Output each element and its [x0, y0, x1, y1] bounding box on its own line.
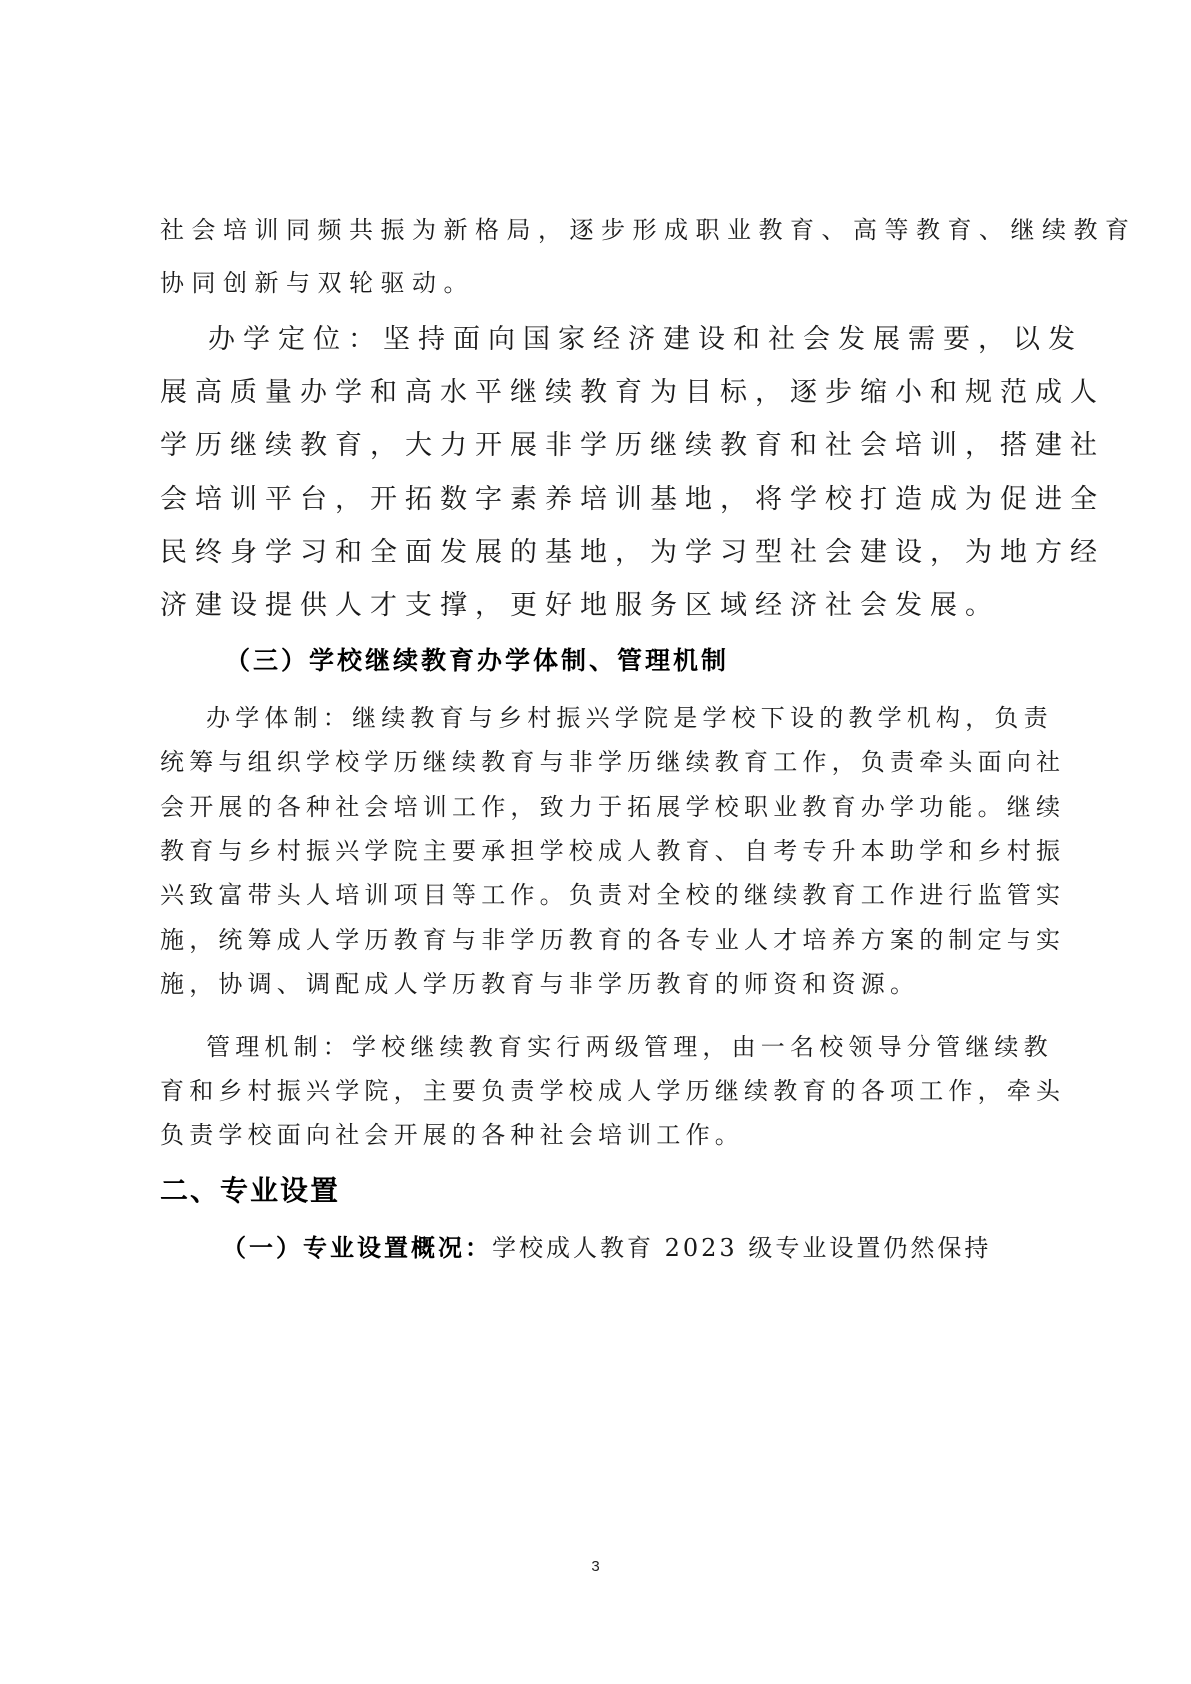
- paragraph-line: 协同创新与双轮驱动。: [160, 271, 1030, 295]
- paragraph-line: 社会培训同频共振为新格局，逐步形成职业教育、高等教育、继续教育: [160, 218, 1030, 242]
- paragraph-line: 负责学校面向社会开展的各种社会培训工作。: [160, 1123, 1030, 1147]
- subsection-line: （一）专业设置概况：学校成人教育 2023 级专业设置仍然保持: [222, 1236, 1092, 1260]
- section-heading: （三）学校继续教育办学体制、管理机制: [225, 648, 729, 673]
- paragraph-line: 会开展的各种社会培训工作，致力于拓展学校职业教育办学功能。继续: [160, 795, 1030, 819]
- paragraph-line: 展高质量办学和高水平继续教育为目标，逐步缩小和规范成人: [160, 379, 1030, 406]
- paragraph-line: 济建设提供人才支撑，更好地服务区域经济社会发展。: [160, 592, 1030, 619]
- paragraph-line: 统筹与组织学校学历继续教育与非学历继续教育工作，负责牵头面向社: [160, 750, 1030, 774]
- paragraph-line: 施，协调、调配成人学历教育与非学历教育的师资和资源。: [160, 972, 1030, 996]
- paragraph-line: 民终身学习和全面发展的基地，为学习型社会建设，为地方经: [160, 539, 1030, 566]
- subsection-text: 学校成人教育 2023 级专业设置仍然保持: [492, 1234, 991, 1262]
- paragraph-line: 施，统筹成人学历教育与非学历教育的各专业人才培养方案的制定与实: [160, 928, 1030, 952]
- paragraph-line: 管理机制：学校继续教育实行两级管理，由一名校领导分管继续教: [206, 1035, 1076, 1059]
- page-number: 3: [0, 1558, 1191, 1575]
- subsection-heading: （一）专业设置概况：: [222, 1234, 492, 1262]
- paragraph-line: 学历继续教育，大力开展非学历继续教育和社会培训，搭建社: [160, 432, 1030, 459]
- paragraph-line: 会培训平台，开拓数字素养培训基地，将学校打造成为促进全: [160, 486, 1030, 513]
- document-page: 社会培训同频共振为新格局，逐步形成职业教育、高等教育、继续教育 协同创新与双轮驱…: [0, 0, 1191, 1684]
- paragraph-line: 办学定位：坚持面向国家经济建设和社会发展需要，以发: [208, 326, 1078, 353]
- paragraph-line: 教育与乡村振兴学院主要承担学校成人教育、自考专升本助学和乡村振: [160, 839, 1030, 863]
- chapter-heading: 二、专业设置: [160, 1177, 340, 1205]
- paragraph-line: 育和乡村振兴学院，主要负责学校成人学历继续教育的各项工作，牵头: [160, 1079, 1030, 1103]
- paragraph-line: 兴致富带头人培训项目等工作。负责对全校的继续教育工作进行监管实: [160, 883, 1030, 907]
- paragraph-line: 办学体制：继续教育与乡村振兴学院是学校下设的教学机构，负责: [206, 706, 1076, 730]
